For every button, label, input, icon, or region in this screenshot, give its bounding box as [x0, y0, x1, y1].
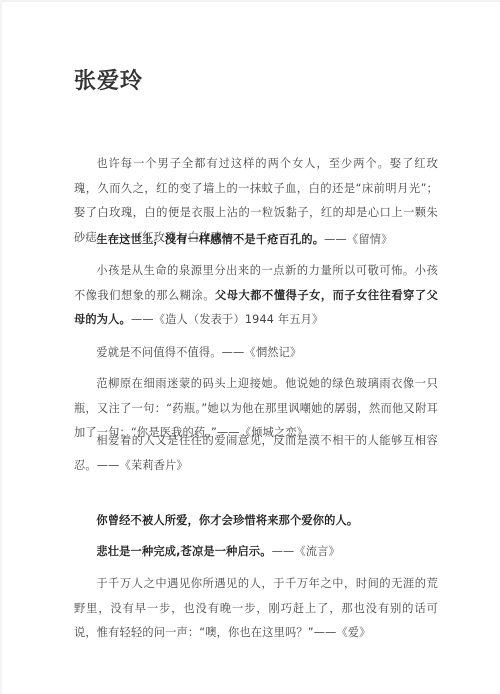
- quote-source: ——《造人（发表于）1944 年五月》: [131, 313, 323, 326]
- quote-text: 爱就是不问值得不值得。——《惘然记》: [96, 346, 301, 359]
- quote-paragraph: 你曾经不被人所爱，你才会珍惜将来那个爱你的人。: [74, 509, 438, 534]
- quote-paragraph: 于千万人之中遇见你所遇见的人，于千万年之中，时间的无涯的荒野里，没有早一步，也没…: [74, 572, 438, 646]
- quote-paragraph: 生在这世上，没有一样感情不是千疮百孔的。——《留情》: [74, 228, 438, 253]
- quote-text: 相爱着的人又是往往的爱闹意见，反而是漠不相干的人能够互相容忍。——《茉莉香片》: [74, 434, 438, 472]
- quote-text-bold: 悲壮是一种完成,苍凉是一种启示。: [96, 545, 271, 558]
- page-edge: [0, 0, 2, 694]
- quote-source: ——《留情》: [324, 233, 392, 246]
- quote-text: 于千万人之中遇见你所遇见的人，于千万年之中，时间的无涯的荒野里，没有早一步，也没…: [74, 577, 438, 639]
- quote-paragraph: 小孩是从生命的泉源里分出来的一点新的力量所以可敬可怖。小孩不像我们想象的那么糊涂…: [74, 259, 438, 333]
- document-page: 张爱玲 也许每一个男子全都有过这样的两个女人，至少两个。娶了红玫瑰，久而久之，红…: [74, 66, 438, 98]
- quote-text-bold: 生在这世上，没有一样感情不是千疮百孔的。: [96, 233, 324, 246]
- quote-paragraph: 爱就是不问值得不值得。——《惘然记》: [74, 341, 438, 366]
- quote-text-bold: 你曾经不被人所爱，你才会珍惜将来那个爱你的人。: [96, 514, 358, 527]
- quote-paragraph: 悲壮是一种完成,苍凉是一种启示。——《流言》: [74, 540, 438, 565]
- quote-source: ——《流言》: [272, 545, 340, 558]
- page-edge: [0, 0, 500, 2]
- quote-paragraph: 相爱着的人又是往往的爱闹意见，反而是漠不相干的人能够互相容忍。——《茉莉香片》: [74, 429, 438, 478]
- page-title: 张爱玲: [74, 66, 438, 98]
